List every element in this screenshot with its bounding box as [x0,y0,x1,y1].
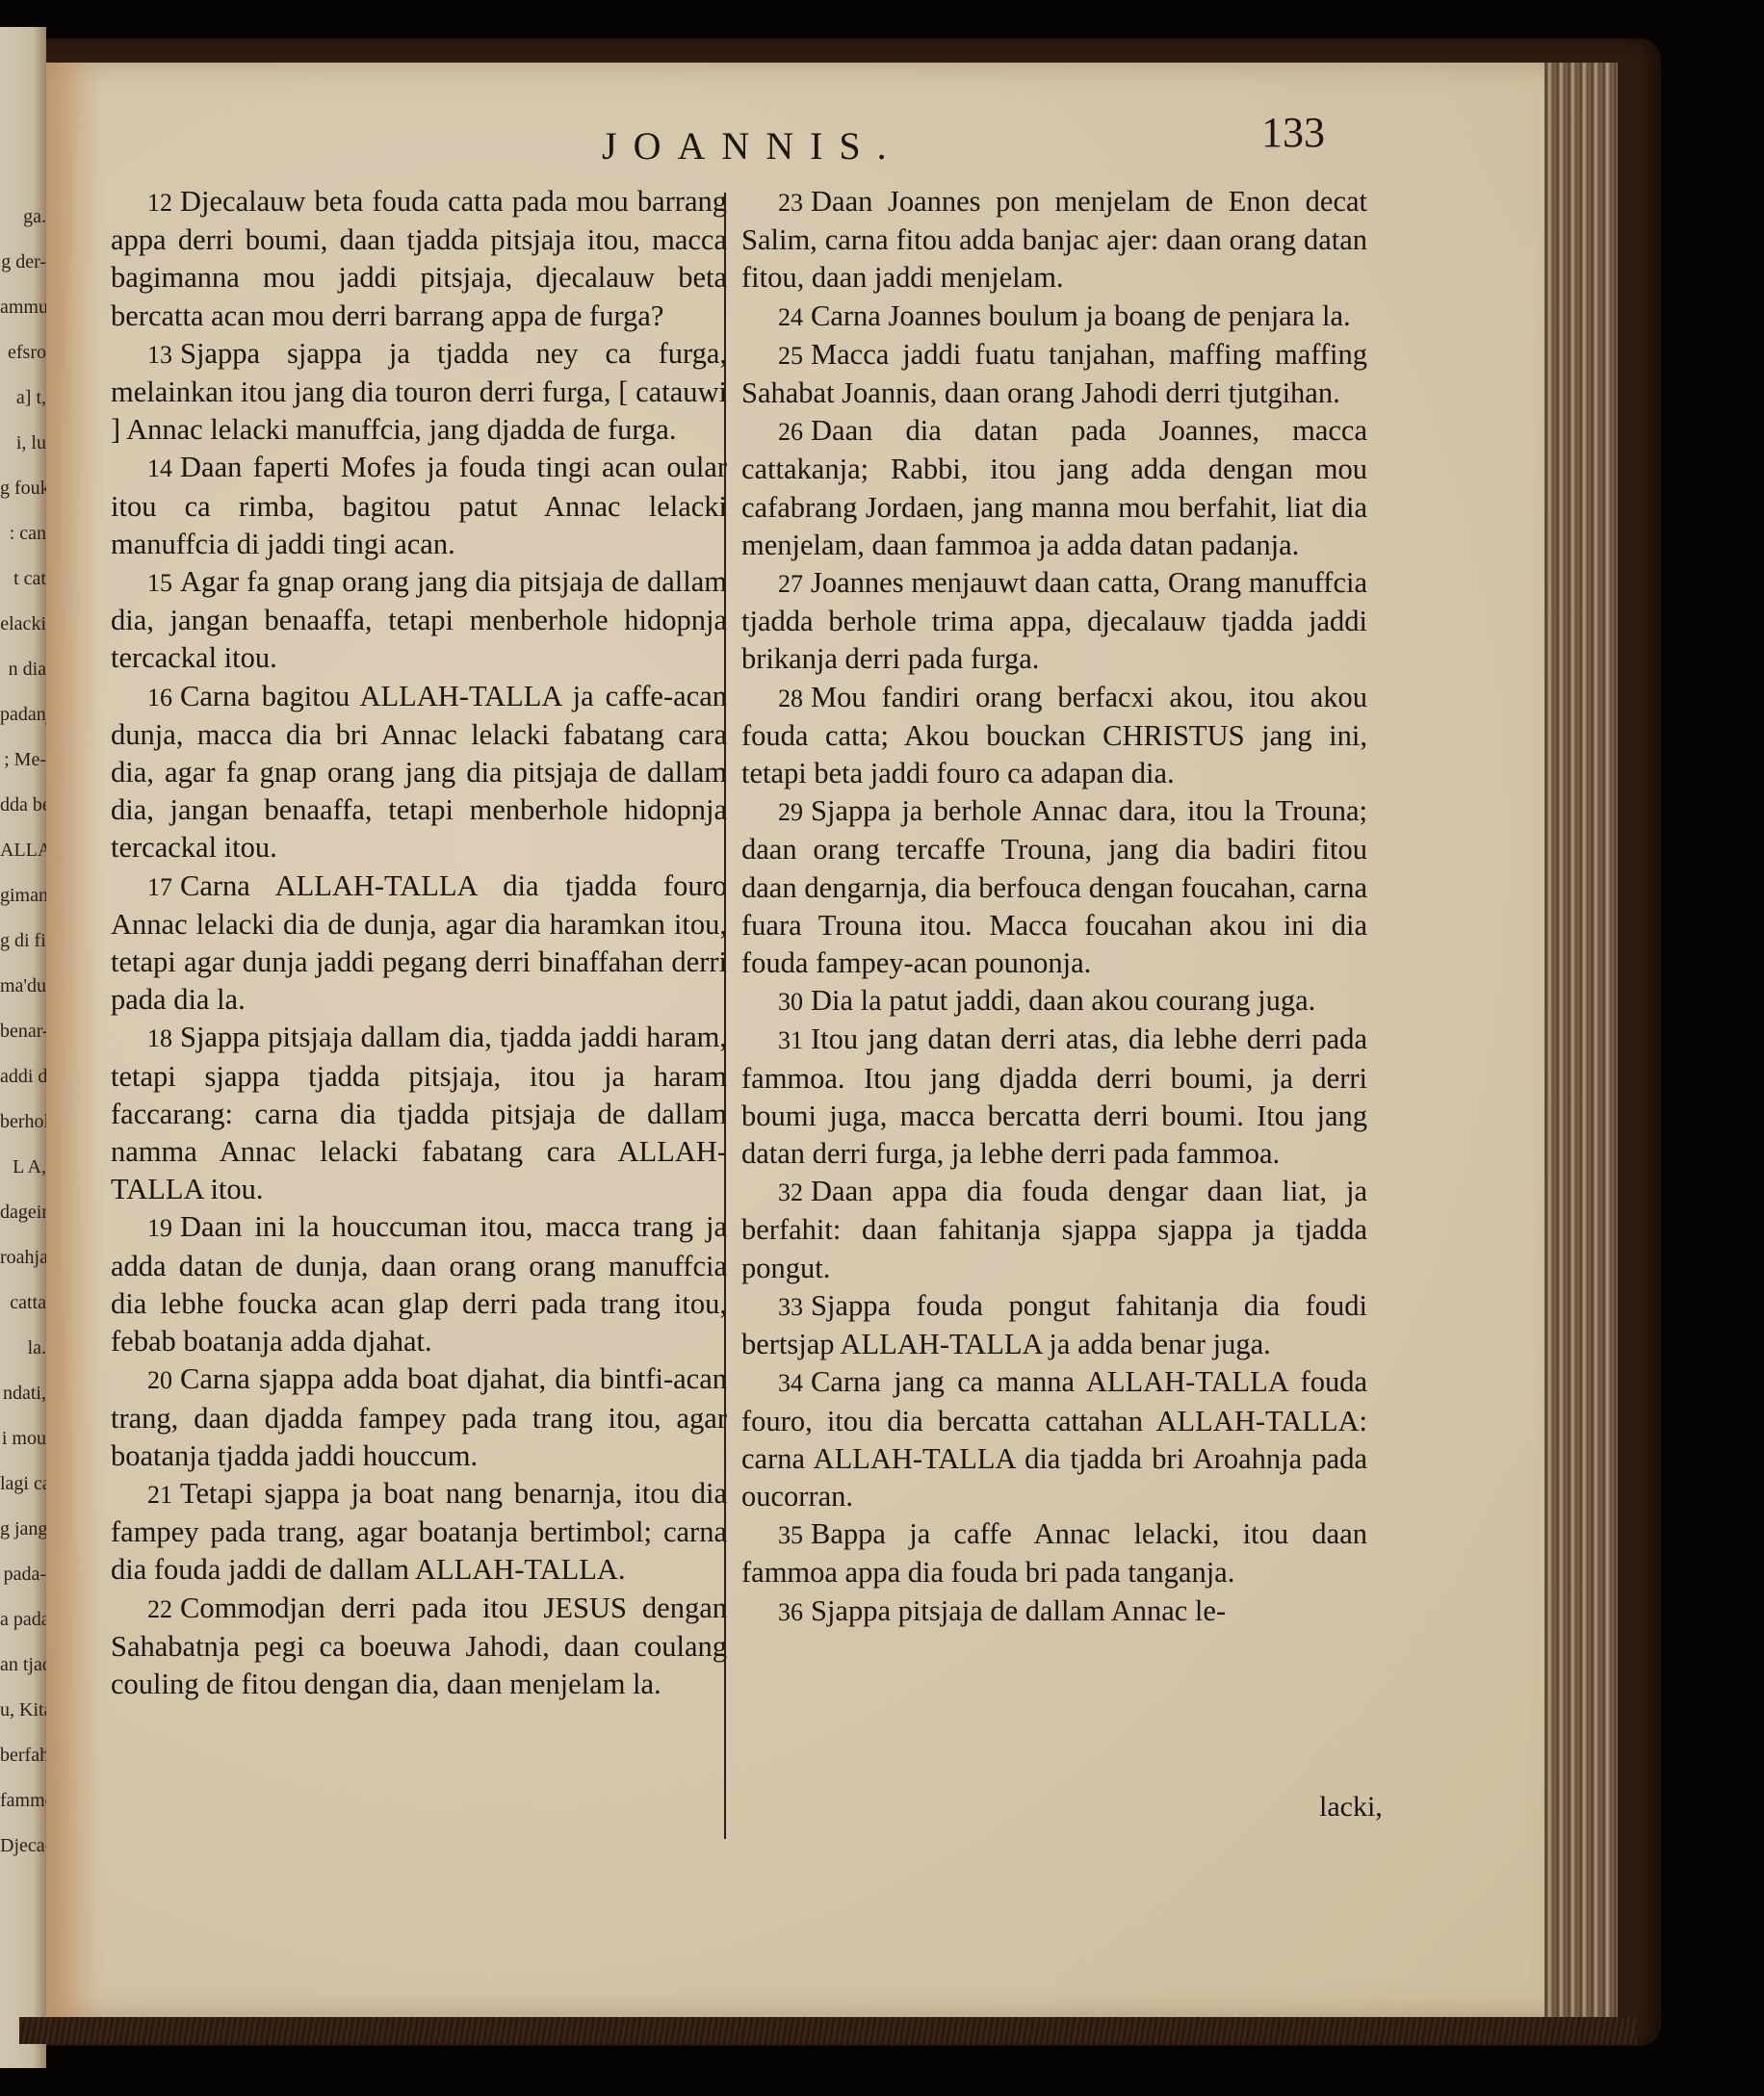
verse: 12Djecalauw beta fouda catta pada mou ba… [111,183,727,335]
verse-number: 13 [147,341,172,369]
verse: 21Tetapi sjappa ja boat nang benarnja, i… [111,1475,727,1590]
verse: 36Sjappa pitsjaja de dallam Annac le- [741,1592,1367,1631]
catchword: lacki, [1319,1791,1383,1824]
verse-number: 14 [147,454,172,482]
verse: 24Carna Joannes boulum ja boang de penja… [741,298,1367,336]
verse-number: 30 [778,988,803,1016]
verse-text: Daan Joannes pon menjelam de Enon decat … [741,185,1367,294]
right-column: 23Daan Joannes pon menjelam de Enon deca… [741,183,1367,1631]
verse-number: 16 [147,684,172,712]
verse-number: 26 [778,418,803,446]
facing-page-fragment: efsro [0,336,46,369]
verse-number: 20 [147,1366,172,1394]
verse-text: Daan ini la houccuman itou, macca trang … [111,1210,727,1358]
facing-page-fragment: dageing [0,1196,46,1229]
verse-text: Macca jaddi fuatu tanjahan, maffing maff… [741,338,1367,409]
verse-number: 29 [778,798,803,826]
verse-number: 17 [147,873,172,901]
verse: 28Mou fandiri orang berfacxi akou, itou … [741,679,1367,793]
verse-text: Sjappa pitsjaja de dallam Annac le- [811,1594,1226,1627]
facing-page-fragment: addi der- [0,1060,46,1093]
page-number: 133 [1261,108,1325,157]
verse-number: 25 [778,342,803,370]
verse: 27Joannes menjauwt daan catta, Orang man… [741,564,1367,679]
verse: 25Macca jaddi fuatu tanjahan, maffing ma… [741,336,1367,412]
facing-page-fragment: padanj, [0,698,46,731]
facing-page-fragment: ndati, [0,1377,46,1410]
verse-number: 32 [778,1178,803,1206]
verse-text: Commodjan derri pada itou JESUS dengan S… [111,1591,727,1700]
verse-text: Carna bagitou ALLAH-TALLA ja caffe-acan … [111,680,727,865]
facing-page-fragment: pada- [0,1558,46,1591]
facing-page-fragment: n dia [0,653,46,686]
facing-page-fragment: a pada- [0,1603,46,1636]
bottom-page-edges [19,2017,1637,2044]
verse: 31Itou jang datan derri atas, dia lebhe … [741,1021,1367,1173]
facing-page-fragment: L A, [0,1151,46,1183]
verse-number: 24 [778,303,803,331]
verse-number: 15 [147,569,172,597]
verse-number: 19 [147,1214,172,1242]
verse: 14Daan faperti Mofes ja fouda tingi acan… [111,449,727,563]
facing-page-fragment: ALLA [0,834,46,867]
facing-page-fragment: : can [0,517,46,550]
facing-page-fragment: t cat [0,562,46,595]
verse: 22Commodjan derri pada itou JESUS dengan… [111,1590,727,1704]
facing-page-fragment: berfahit [0,1739,46,1772]
facing-page-fragment: lagi ca [0,1467,46,1500]
facing-page-fragment: g jang [0,1513,46,1545]
verse-text: Djecalauw beta fouda catta pada mou barr… [111,185,727,332]
facing-page-fragment: an tjad- [0,1648,46,1681]
verse: 13Sjappa sjappa ja tjadda ney ca furga, … [111,335,727,450]
facing-page-fragment: ; Me- [0,743,46,776]
verse-number: 36 [778,1598,803,1626]
verse: 16Carna bagitou ALLAH-TALLA ja caffe-aca… [111,678,727,867]
facing-page-fragment: Djeca- [0,1829,46,1862]
facing-page-edge: ga.g der-ammu-efsroa] t,i, lug fouk: can… [0,27,46,2068]
verse-text: Dia la patut jaddi, daan akou courang ju… [811,984,1315,1017]
verse-number: 31 [778,1026,803,1054]
verse-text: Carna sjappa adda boat djahat, dia bintf… [111,1362,727,1471]
facing-page-fragment: gimana [0,879,46,912]
verse-number: 18 [147,1024,172,1052]
verse: 29Sjappa ja berhole Annac dara, itou la … [741,792,1367,982]
verse-text: Tetapi sjappa ja boat nang benarnja, ito… [111,1477,727,1586]
facing-page-fragment: ga. [0,200,46,233]
verse: 33Sjappa fouda pongut fahitanja dia foud… [741,1287,1367,1363]
facing-page-fragment: g di fi- [0,924,46,957]
verse-text: Sjappa pitsjaja dallam dia, tjadda jaddi… [111,1021,727,1205]
facing-page-fragment: g der- [0,246,46,278]
verse: 17Carna ALLAH-TALLA dia tjadda fouro Ann… [111,867,727,1020]
verse: 19Daan ini la houccuman itou, macca tran… [111,1208,727,1360]
verse-number: 34 [778,1369,803,1397]
verse: 23Daan Joannes pon menjelam de Enon deca… [741,183,1367,298]
verse-number: 28 [778,685,803,712]
verse-number: 12 [147,189,172,217]
verse-text: Agar fa gnap orang jang dia pitsjaja de … [111,565,727,674]
verse-number: 35 [778,1521,803,1549]
verse-text: Daan appa dia fouda dengar daan liat, ja… [741,1175,1367,1283]
facing-page-fragment: a] t, [0,381,46,414]
facing-page-fragment: u, Kita [0,1694,46,1726]
verse-text: Carna jang ca manna ALLAH-TALLA fouda fo… [741,1365,1367,1513]
facing-page-fragment: dda be- [0,789,46,821]
verse-number: 23 [778,189,803,217]
verse-number: 22 [147,1595,172,1623]
verse-number: 27 [778,570,803,598]
facing-page-fragment: roahja [0,1241,46,1274]
left-column: 12Djecalauw beta fouda catta pada mou ba… [111,183,727,1703]
facing-page-fragment: i, lu [0,427,46,459]
facing-page-fragment: ma'du, [0,970,46,1002]
verse: 15Agar fa gnap orang jang dia pitsjaja d… [111,563,727,678]
column-divider [724,193,726,1839]
verse: 18Sjappa pitsjaja dallam dia, tjadda jad… [111,1019,727,1208]
facing-page-fragment: elacki [0,608,46,640]
verse-text: Sjappa fouda pongut fahitanja dia foudi … [741,1289,1367,1360]
running-head: JOANNIS. [602,123,903,168]
facing-page-fragment: catta [0,1286,46,1319]
verse-text: Carna Joannes boulum ja boang de penjara… [811,299,1351,332]
verse: 30Dia la patut jaddi, daan akou courang … [741,982,1367,1021]
verse-number: 33 [778,1293,803,1321]
verse: 34Carna jang ca manna ALLAH-TALLA fouda … [741,1363,1367,1515]
gutter-shadow [46,63,104,2017]
verse: 32Daan appa dia fouda dengar daan liat, … [741,1173,1367,1287]
verse: 20Carna sjappa adda boat djahat, dia bin… [111,1360,727,1475]
facing-page-fragment: g fouk [0,472,46,505]
facing-page-fragment: ammu- [0,291,46,323]
verse-text: Daan dia datan pada Joannes, macca catta… [741,414,1367,561]
verse-text: Sjappa sjappa ja tjadda ney ca furga, me… [111,337,727,446]
verse-text: Carna ALLAH-TALLA dia tjadda fouro Annac… [111,869,727,1017]
verse-text: Daan faperti Mofes ja fouda tingi acan o… [111,451,727,559]
facing-page-fragment: i mou [0,1422,46,1455]
verse: 26Daan dia datan pada Joannes, macca cat… [741,412,1367,564]
facing-page-fragment: la. [0,1332,46,1364]
facing-page-fragment: benar- [0,1015,46,1048]
verse: 35Bappa ja caffe Annac lelacki, itou daa… [741,1515,1367,1591]
facing-page-fragment: fammoa [0,1784,46,1817]
facing-page-fragment: berhole [0,1105,46,1138]
verse-text: Bappa ja caffe Annac lelacki, itou daan … [741,1517,1367,1589]
verse-text: Mou fandiri orang berfacxi akou, itou ak… [741,681,1367,789]
verse-text: Sjappa ja berhole Annac dara, itou la Tr… [741,794,1367,979]
verse-text: Joannes menjauwt daan catta, Orang manuf… [741,566,1367,675]
verse-number: 21 [147,1481,172,1509]
verse-text: Itou jang datan derri atas, dia lebhe de… [741,1022,1367,1170]
page-edges [1541,63,1618,2017]
